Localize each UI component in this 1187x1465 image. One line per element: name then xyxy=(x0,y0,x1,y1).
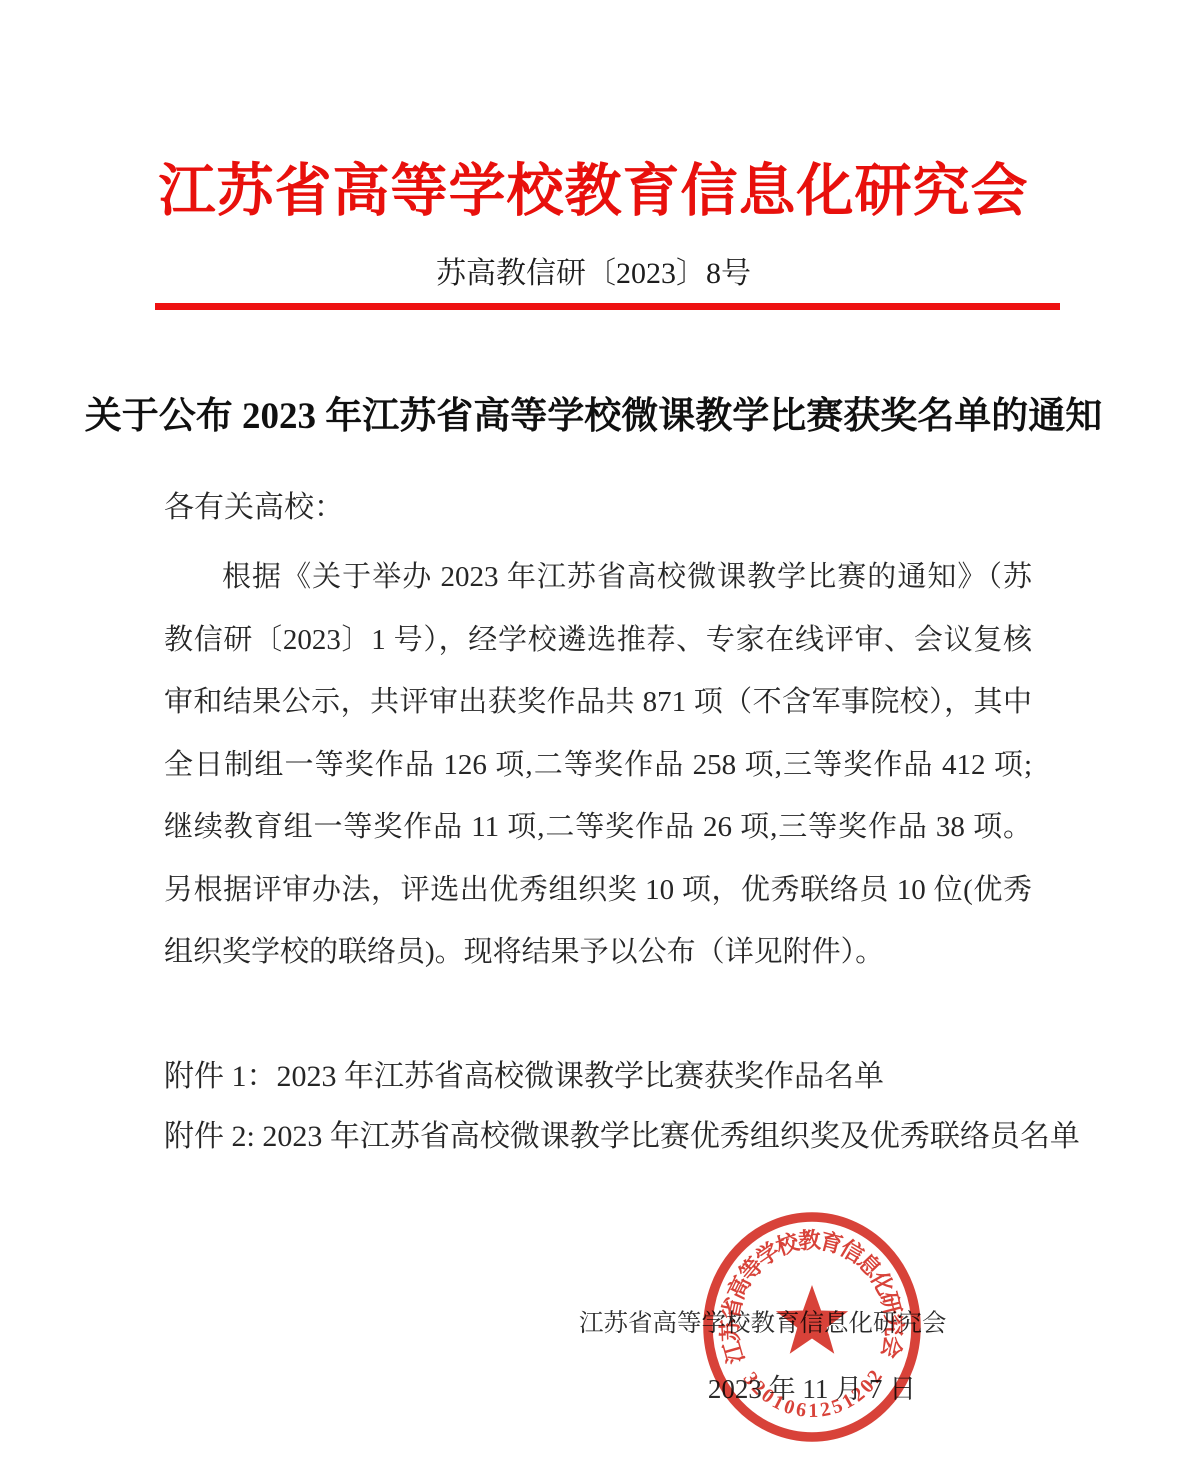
attachment-line: 附件 1：2023 年江苏省高校微课教学比赛获奖作品名单 xyxy=(164,1047,1124,1107)
org-header-title: 江苏省高等学校教育信息化研究会 xyxy=(0,158,1187,226)
salutation: 各有关高校： xyxy=(164,488,344,528)
document-page: 江苏省高等学校教育信息化研究会 苏高教信研〔2023〕8号 关于公布 2023 … xyxy=(0,0,1187,1465)
seal-graphic: 江苏省高等学校教育信息化研究会 3201061251202 xyxy=(700,1209,924,1447)
body-line: 教信研〔2023〕1 号），经学校遴选推荐、专家在线评审、会议复核评 xyxy=(164,609,1032,672)
doc-number: 苏高教信研〔2023〕8号 xyxy=(0,248,1187,292)
body-line: 另根据评审办法，评选出优秀组织奖 10 项，优秀联络员 10 位(优秀 xyxy=(164,859,1032,922)
body-line: 审和结果公示，共评审出获奖作品共 871 项（不含军事院校），其中 xyxy=(164,671,1032,734)
seal-star-icon xyxy=(776,1285,848,1354)
notice-title: 关于公布 2023 年江苏省高等学校微课教学比赛获奖名单的通知 xyxy=(0,396,1187,439)
seal-serial-number: 3201061251202 xyxy=(739,1366,887,1422)
body-line: 根据《关于举办 2023 年江苏省高校微课教学比赛的通知》（苏高 xyxy=(164,546,1032,609)
attachment-line: 附件 2: 2023 年江苏省高校微课教学比赛优秀组织奖及优秀联络员名单 xyxy=(164,1107,1124,1167)
body-line: 继续教育组一等奖作品 11 项,二等奖作品 26 项,三等奖作品 38 项。 xyxy=(164,796,1032,859)
attachments: 附件 1：2023 年江苏省高校微课教学比赛获奖作品名单 附件 2: 2023 … xyxy=(164,1047,1124,1167)
notice-body: 根据《关于举办 2023 年江苏省高校微课教学比赛的通知》（苏高 教信研〔202… xyxy=(164,546,1032,984)
body-line: 全日制组一等奖作品 126 项,二等奖作品 258 项,三等奖作品 412 项; xyxy=(164,734,1032,797)
header-divider xyxy=(155,303,1060,310)
official-seal: 江苏省高等学校教育信息化研究会 3201061251202 xyxy=(700,1209,924,1447)
body-line: 组织奖学校的联络员)。现将结果予以公布（详见附件）。 xyxy=(164,921,1032,984)
